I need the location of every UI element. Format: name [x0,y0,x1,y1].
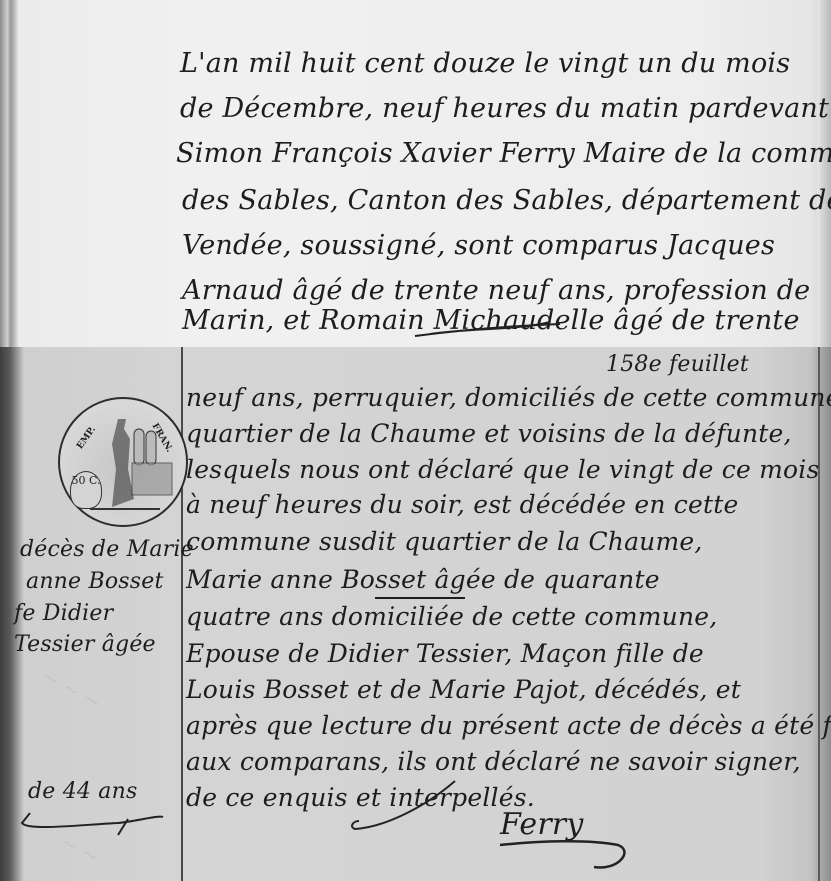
stamp-value: 50 C. [70,471,102,509]
book-binding-edge [0,0,18,347]
record-line-12: commune susdit quartier de la Chaume, [186,527,703,556]
record-line-6: Arnaud âgé de trente neuf ans, professio… [182,275,810,306]
record-line-14: quatre ans domiciliée de cette commune, [186,602,717,631]
record-line-17: après que lecture du présent acte de déc… [186,711,831,740]
margin-line-1: décès de Marie [20,537,194,562]
page-right-edge [817,0,831,347]
record-line-5: Vendée, soussigné, sont comparus Jacques [182,230,775,261]
upper-register-page: L'an mil huit cent douze le vingt un du … [0,0,831,347]
record-line-4: des Sables, Canton des Sables, départeme… [182,185,831,216]
record-line-16: Louis Bosset et de Marie Pajot, décédés,… [186,675,741,704]
margin-line-3: fe Didier [14,601,113,626]
margin-line-2: anne Bosset [26,569,164,594]
record-line-1: L'an mil huit cent douze le vingt un du … [180,48,790,79]
folio-number: 158e feuillet [606,352,749,377]
right-rule-line [818,347,820,881]
record-line-15: Epouse de Didier Tessier, Maçon fille de [186,639,704,668]
imperial-tax-stamp: EMP. FRAN. 50 C. [58,397,188,527]
record-line-18: aux comparans, ils ont déclaré ne savoir… [186,747,801,776]
signature-flourish-icon [345,777,465,837]
lower-register-page: 158e feuillet EMP. FRAN. 50 C. décès de … [0,347,831,881]
margin-line-5: de 44 ans [28,779,137,804]
surname-underline [375,597,465,599]
record-line-2: de Décembre, neuf heures du matin pardev… [180,93,831,124]
bleed-through-ink: ~ ~ ~ [38,664,105,715]
record-line-11: à neuf heures du soir, est décédée en ce… [186,490,738,519]
margin-line-4: Tessier âgée [14,632,156,657]
record-line-8: neuf ans, perruquier, domiciliés de cett… [186,383,831,412]
margin-flourish-icon [18,809,168,839]
record-line-10: lesquels nous ont déclaré que le vingt d… [186,455,820,484]
record-line-13: Marie anne Bosset âgée de quarante [186,565,660,594]
record-line-9: quartier de la Chaume et voisins de la d… [186,419,792,448]
signature-paraph-icon [498,837,638,877]
record-line-3: Simon François Xavier Ferry Maire de la … [176,138,831,169]
paraph-flourish-icon [410,318,570,340]
